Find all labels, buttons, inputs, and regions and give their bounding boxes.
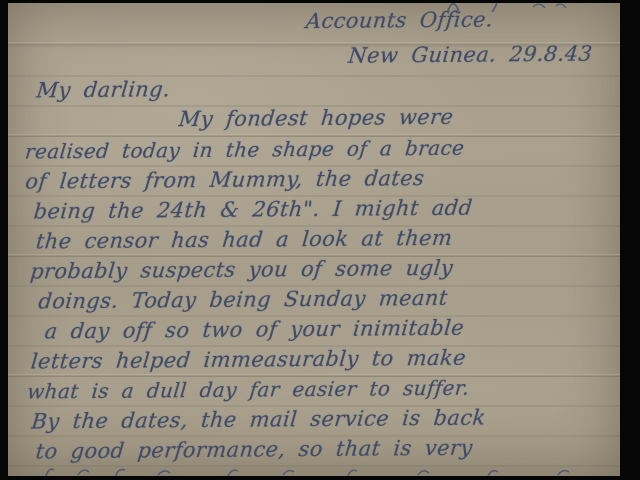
handwritten-line: the censor has had a look at them [35, 225, 454, 255]
handwritten-line: what is a dull day far easier to suffer. [26, 375, 471, 405]
handwritten-line: letters helped immeasurably to make [30, 345, 467, 375]
handwritten-line: to good performance, so that is very [35, 435, 474, 465]
header-date-line: New Guinea. 29.8.43 [347, 41, 594, 69]
handwritten-line: My fondest hopes were [178, 104, 455, 132]
handwritten-line: being the 24th & 26th". I might add [32, 195, 473, 225]
cut-off-bottom-line-strokes [38, 463, 598, 476]
photo-frame: Accounts Office. New Guinea. 29.8.43 My … [0, 0, 640, 480]
handwritten-line: realised today in the shape of a brace [24, 135, 466, 165]
header-office-line: Accounts Office. [305, 6, 495, 34]
letter-paper: Accounts Office. New Guinea. 29.8.43 My … [8, 3, 620, 476]
handwritten-line: a day off so two of your inimitable [44, 315, 466, 345]
handwritten-line: doings. Today being Sunday meant [37, 285, 449, 315]
salutation-line: My darling. [35, 76, 171, 103]
handwritten-line: of letters from Mummy, the dates [24, 165, 425, 195]
handwritten-line: probably suspects you of some ugly [29, 255, 454, 285]
letter-text: Accounts Office. New Guinea. 29.8.43 My … [8, 3, 620, 476]
handwritten-line: By the dates, the mail service is back [30, 404, 487, 434]
